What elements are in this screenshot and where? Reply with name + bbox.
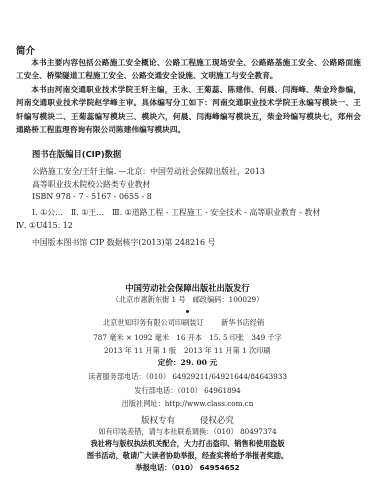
piracy-warning: 侵权必究 <box>200 414 234 426</box>
copyright-reserved: 版权专有 <box>141 414 175 426</box>
publisher-address: （北京市惠新东街 1 号 邮政编码：100029） <box>0 295 375 305</box>
printing-info: 2013 年 11 月第 1 次印刷 <box>184 346 271 356</box>
cip-record-number: 中国版本图书馆 CIP 数据核字(2013)第 248216 号 <box>32 237 215 248</box>
cip-classification-line-2: Ⅳ. ①U415. 12 <box>16 221 73 230</box>
cip-series-line: 高等职业技术院校公路类专业教材 <box>32 179 150 190</box>
exchange-notice: 如有印装差错，请与本社联系调换：（010） 80497374 <box>0 427 375 437</box>
reader-service-phone: 读者服务部电话：（010） 64929211/64921644/84643933 <box>0 372 375 382</box>
publisher-website: 出版社网址：http://www.class.com.cn <box>0 399 375 409</box>
intro-paragraph-content: 本书主要内容包括公路施工安全概论、公路工程施工现场安全、公路路基施工安全、公路路… <box>16 56 361 83</box>
edition-info: 2013 年 11 月第 1 版 <box>104 346 176 356</box>
copyright-page: 简介 本书主要内容包括公路施工安全概论、公路工程施工现场安全、公路路基施工安全、… <box>0 0 375 495</box>
distributor-info: 新华书店经销 <box>221 318 264 328</box>
report-phone: 举报电话：（010） 64954652 <box>0 463 375 473</box>
cip-isbn-line: ISBN 978 - 7 - 5167 - 0655 - 8 <box>32 192 152 201</box>
printer-info: 北京世知印务有限公司印刷装订 <box>103 318 204 328</box>
cip-title-line: 公路施工安全/王轩主编. —北京：中国劳动社会保障出版社，2013 <box>32 166 265 177</box>
copyright-row: 版权专有 侵权必究 <box>0 414 375 426</box>
publisher-name: 中国劳动社会保障出版社出版发行 <box>0 282 375 294</box>
cip-heading: 图书在版编目(CIP)数据 <box>32 148 121 160</box>
anti-piracy-notice-line-2: 图书活动，敬请广大读者协助举报，经查实将给予举报者奖励。 <box>0 451 375 461</box>
intro-paragraph-authors: 本书由河南交通职业技术学院王轩主编，王永、王菊蕊、陈建伟、何晨、闫海峰、柴金玲参… <box>16 83 361 136</box>
separator-dot <box>186 310 189 313</box>
book-specs: 787 毫米 × 1092 毫米 16 开本 15. 5 印张 349 千字 <box>0 333 375 343</box>
cip-classification-line-1: Ⅰ. ①公… Ⅱ. ①王… Ⅲ. ①道路工程 - 工程施工 - 安全技术 - 高… <box>32 207 320 218</box>
price: 定价：29. 00 元 <box>0 357 375 368</box>
anti-piracy-notice-line-1: 我社将与版权执法机关配合，大力打击盗印、销售和使用盗版 <box>0 439 375 449</box>
distribution-phone: 发行部电话：（010） 64961894 <box>0 386 375 396</box>
intro-heading: 简介 <box>16 43 35 57</box>
